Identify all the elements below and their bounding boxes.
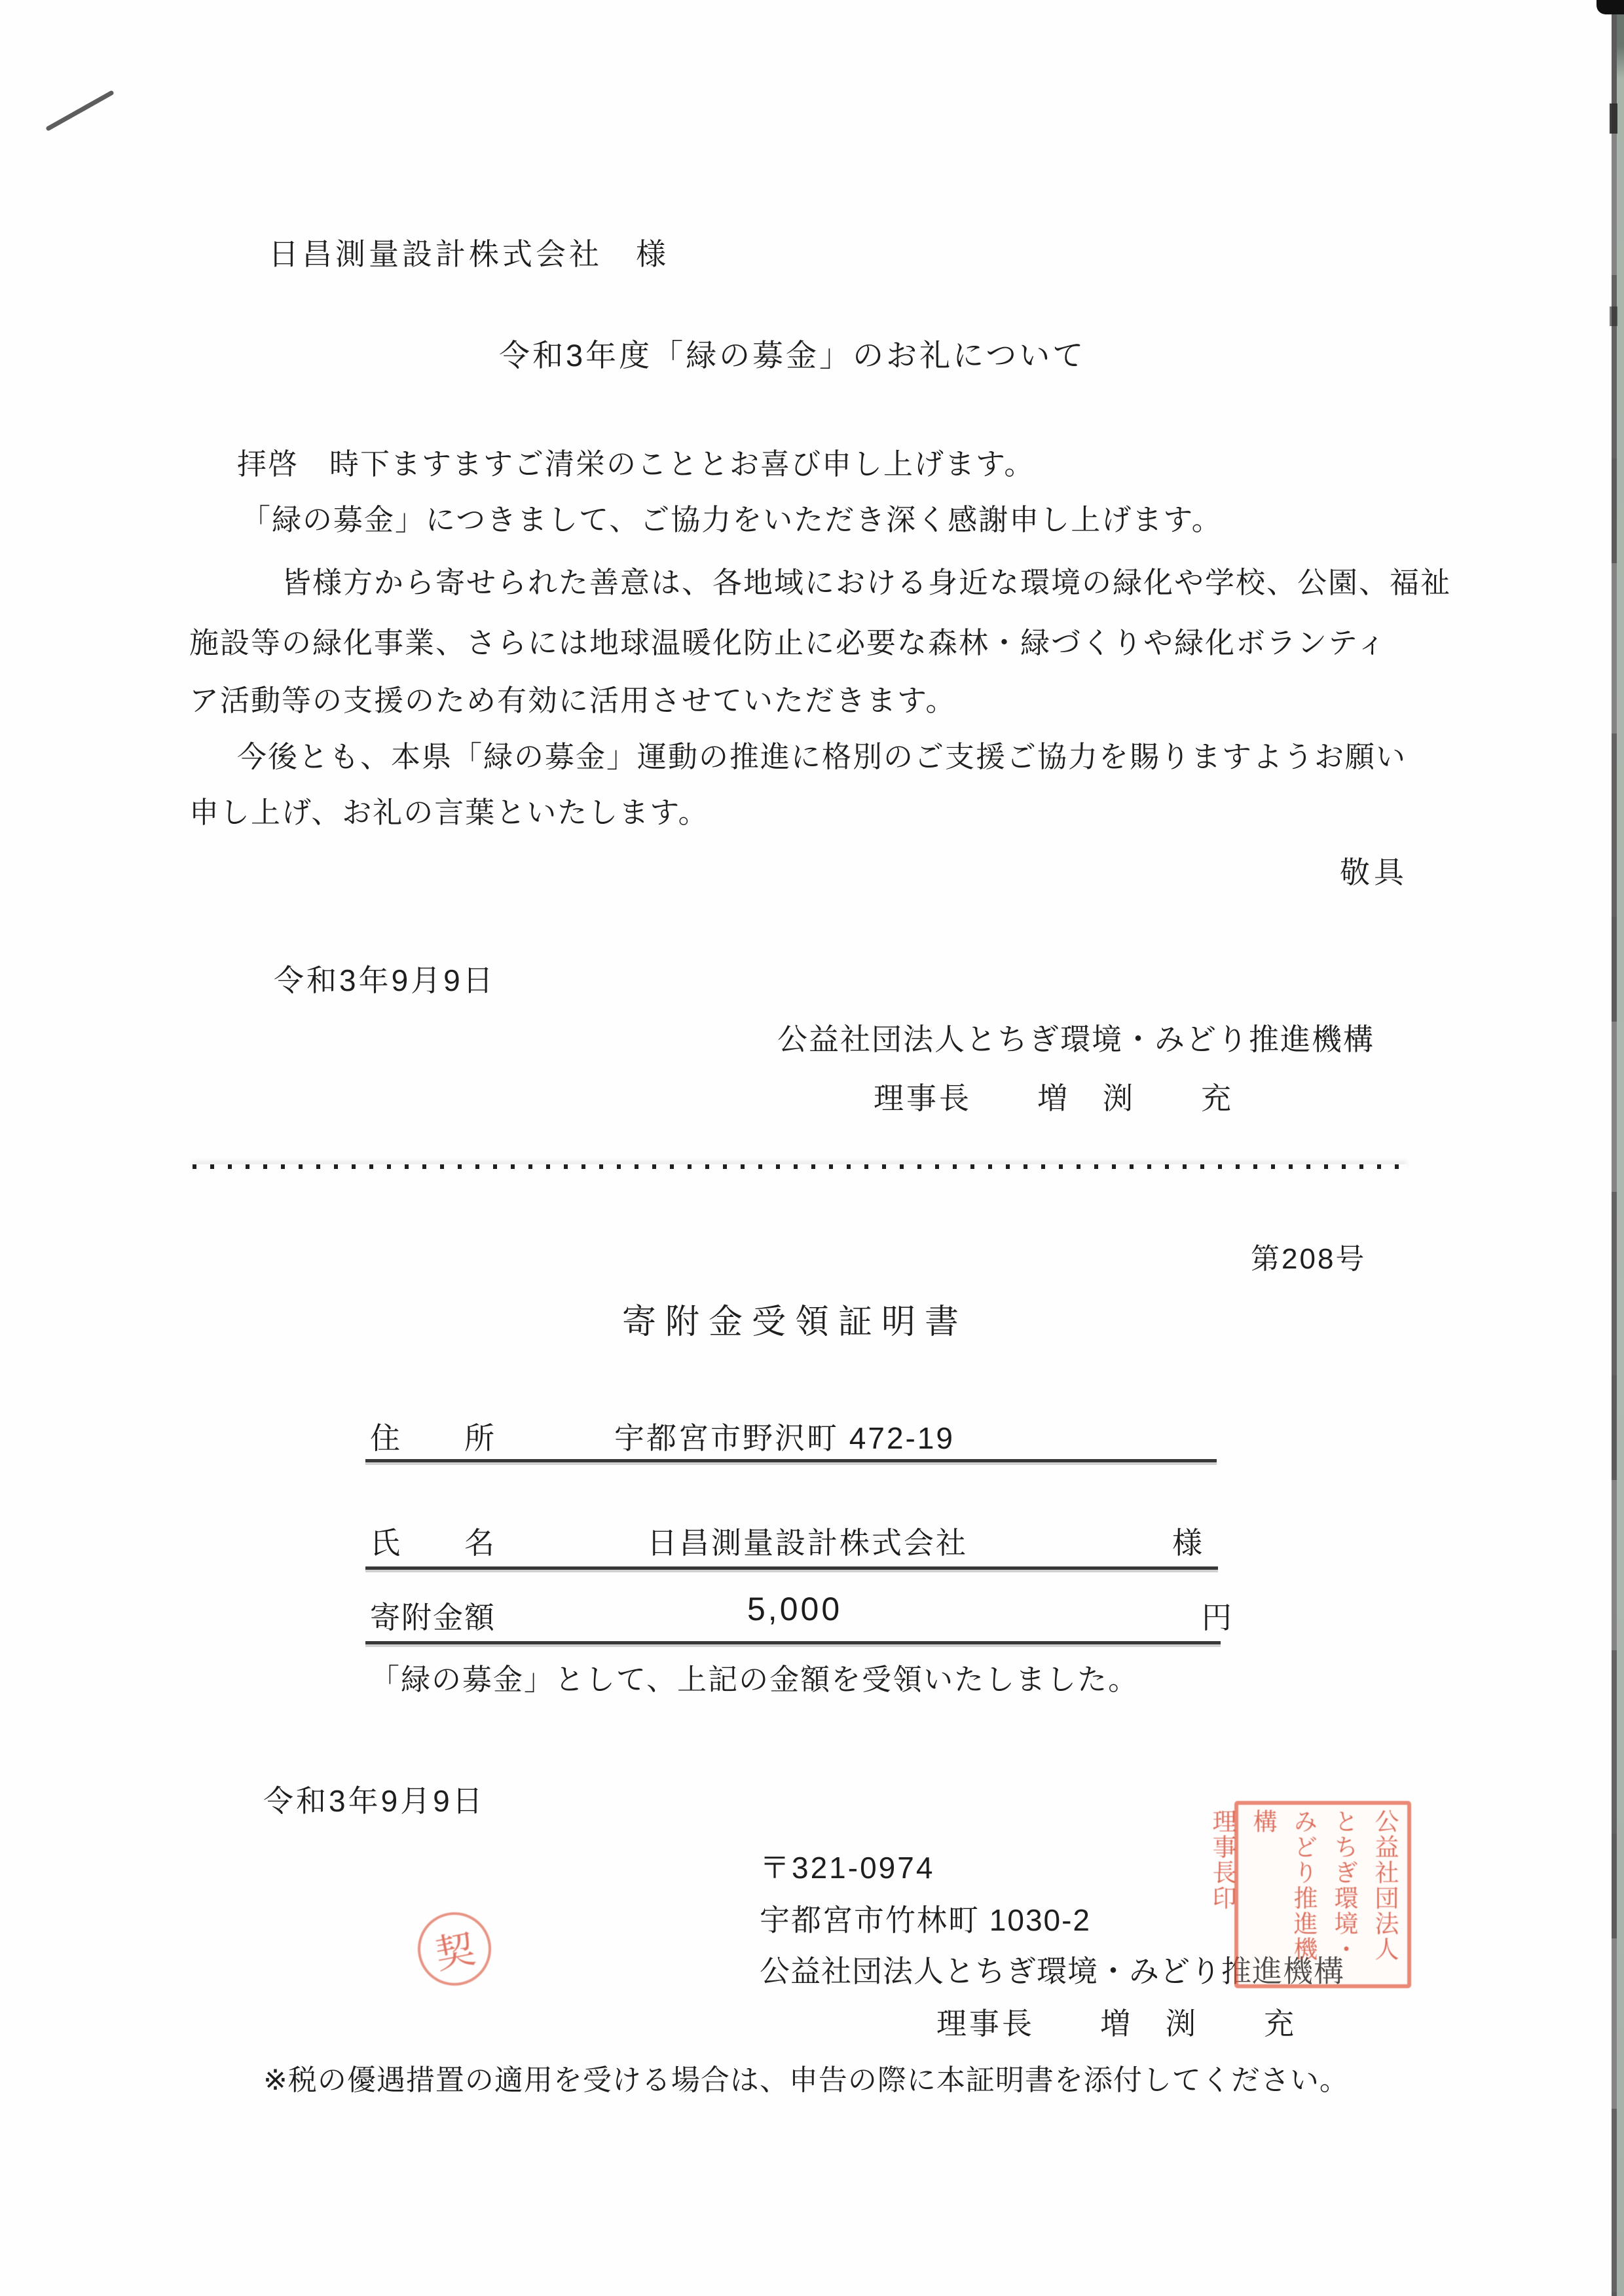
- letter-organization: 公益社団法人とちぎ環境・みどり推進機構: [777, 1016, 1375, 1059]
- letter-body-line: 今後とも、本県「緑の募金」運動の推進に格別のご支援ご協力を賜りますようお願い: [237, 733, 1407, 775]
- scan-edge-tick: [1610, 306, 1617, 326]
- letter-body-line: ア活動等の支援のため有効に活用させていただきます。: [189, 676, 956, 719]
- issuer-president: 理事長 増 渕 充: [936, 2000, 1297, 2043]
- field-label-address: 住 所: [370, 1415, 496, 1458]
- scan-corner-mark: [1596, 0, 1624, 14]
- seal-column: みどり推進機構: [1242, 1809, 1323, 1972]
- square-organization-seal: 公益社団法人 とちぎ環境・ みどり推進機構 理事長印: [1234, 1801, 1411, 1988]
- letter-closing: 敬具: [1340, 849, 1408, 892]
- letter-body-line: 拝啓 時下ますますご清栄のこととお喜び申し上げます。: [237, 440, 1035, 483]
- issuer-postal-code: 〒321-0974: [760, 1844, 934, 1887]
- scan-edge-tick: [1610, 103, 1617, 134]
- letter-president: 理事長 増 渕 充: [874, 1075, 1234, 1118]
- scan-edge-line: [1612, 0, 1617, 2296]
- recipient-name: 日昌測量設計株式会社 様: [268, 231, 669, 274]
- tax-note: ※税の優遇措置の適用を受ける場合は、申告の際に本証明書を添付してください。: [263, 2056, 1349, 2098]
- certificate-number: 第208号: [1251, 1235, 1366, 1277]
- field-value-amount: 5,000: [747, 1590, 842, 1628]
- field-underline: [365, 1459, 1217, 1462]
- certificate-date: 令和3年9月9日: [263, 1777, 485, 1821]
- issuer-address: 宇都宮市竹林町 1030-2: [760, 1897, 1091, 1940]
- field-value-address: 宇都宮市野沢町 472-19: [614, 1415, 955, 1458]
- seal-column: 理事長印: [1202, 1809, 1242, 1972]
- seal-column: 公益社団法人: [1364, 1809, 1405, 1972]
- dotted-separator: [193, 1164, 1407, 1169]
- pen-mark: [39, 79, 124, 141]
- field-label-name: 氏 名: [370, 1519, 496, 1563]
- field-underline: [365, 1641, 1221, 1644]
- field-underline: [365, 1566, 1218, 1570]
- letter-body-line: 申し上げ、お礼の言葉といたします。: [189, 788, 709, 831]
- receipt-statement: 「緑の募金」として、上記の金額を受領いたしました。: [370, 1656, 1139, 1698]
- seal-column: とちぎ環境・: [1323, 1809, 1364, 1972]
- letter-body-line: 皆様方から寄せられた善意は、各地域における身近な環境の緑化や学校、公園、福祉: [282, 559, 1451, 601]
- scanned-document-page: 日昌測量設計株式会社 様 令和3年度「緑の募金」のお礼について 拝啓 時下ますま…: [0, 0, 1624, 2296]
- scan-edge-band: [1617, 0, 1624, 2296]
- letter-body-line: 「緑の募金」につきまして、ご協力をいただき深く感謝申し上げます。: [241, 496, 1223, 538]
- field-suffix-yen: 円: [1202, 1594, 1232, 1637]
- certificate-title: 寄附金受領証明書: [622, 1294, 968, 1343]
- letter-title: 令和3年度「緑の募金」のお礼について: [499, 331, 1086, 375]
- letter-body-line: 施設等の緑化事業、さらには地球温暖化防止に必要な森林・緑づくりや緑化ボランティ: [189, 619, 1387, 661]
- round-seal-character: 契: [430, 1917, 479, 1980]
- field-label-amount: 寄附金額: [370, 1594, 496, 1637]
- field-suffix-sama: 様: [1172, 1519, 1202, 1563]
- round-seal-stamp: 契: [410, 1904, 499, 1993]
- letter-date: 令和3年9月9日: [274, 957, 496, 1000]
- field-value-name: 日昌測量設計株式会社: [647, 1519, 968, 1563]
